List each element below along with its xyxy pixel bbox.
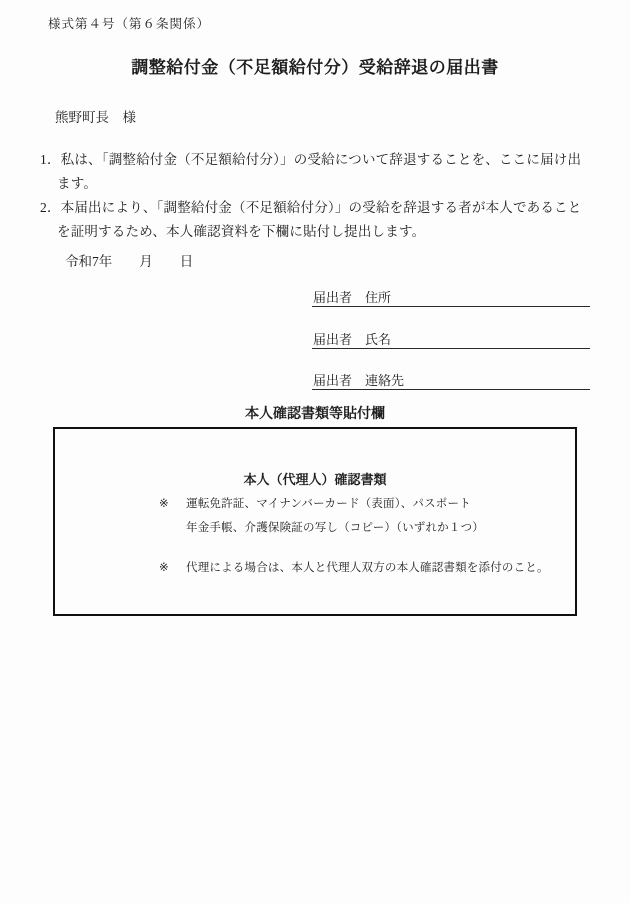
attachment-box-title: 本人（代理人）確認書類	[55, 469, 575, 488]
attachment-box: 本人（代理人）確認書類 ※運転免許証、マイナンバーカード（表面）、パスポート 年…	[53, 427, 577, 616]
document-page: 様式第４号（第６条関係） 調整給付金（不足額給付分）受給辞退の届出書 熊野町長 …	[0, 0, 630, 903]
note-2-text: 代理による場合は、本人と代理人双方の本人確認書類を添付のこと。	[186, 562, 549, 574]
note-1-line-2: 年金手帳、介護保険証の写し（コピー）（いずれか１つ）	[186, 519, 484, 535]
declarant-name-label: 届出者 氏名	[313, 329, 391, 348]
form-number: 様式第４号（第６条関係）	[48, 14, 210, 32]
reference-mark-icon: ※	[159, 496, 186, 510]
paragraph-1-line-2: ます。	[57, 172, 97, 192]
paragraph-1-line-1: 1．私は、「調整給付金（不足額給付分）」の受給について辞退することを、ここに届け…	[40, 148, 581, 168]
declarant-address-label: 届出者 住所	[313, 287, 391, 306]
note-2: ※代理による場合は、本人と代理人双方の本人確認書類を添付のこと。	[159, 559, 549, 575]
reference-mark-icon: ※	[159, 560, 186, 574]
note-1-line-1-text: 運転免許証、マイナンバーカード（表面）、パスポート	[186, 498, 471, 510]
declarant-contact-label: 届出者 連絡先	[313, 370, 404, 389]
date-line: 令和7年 月 日	[65, 250, 193, 270]
declarant-contact-field: 届出者 連絡先	[312, 370, 590, 390]
addressee-line: 熊野町長 様	[55, 106, 136, 126]
attachment-section-title: 本人確認書類等貼付欄	[0, 403, 630, 423]
paragraph-2-line-2: を証明するため、本人確認資料を下欄に貼付し提出します。	[57, 220, 425, 240]
declarant-name-field: 届出者 氏名	[312, 329, 590, 349]
declarant-address-field: 届出者 住所	[312, 287, 590, 307]
document-title: 調整給付金（不足額給付分）受給辞退の届出書	[0, 53, 630, 78]
note-1-line-1: ※運転免許証、マイナンバーカード（表面）、パスポート	[159, 495, 471, 511]
paragraph-2-line-1: 2．本届出により、「調整給付金（不足額給付分）」の受給を辞退する者が本人であるこ…	[40, 196, 581, 216]
